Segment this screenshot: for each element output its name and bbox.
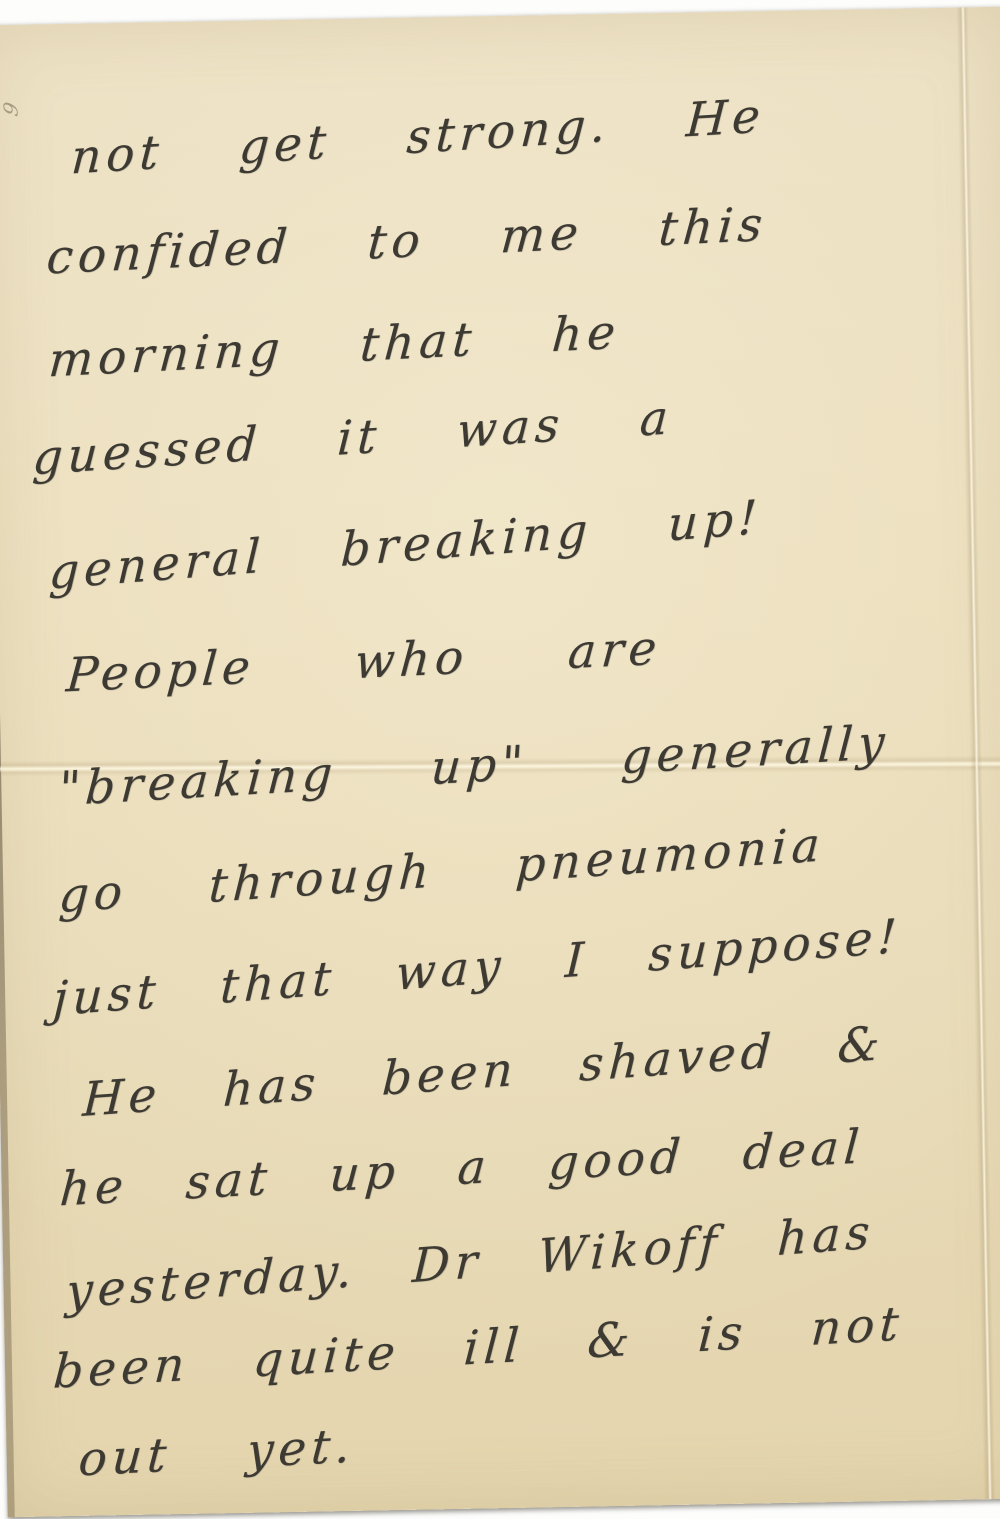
handwriting-line: He has been shaved & — [81, 1016, 886, 1128]
scan-background: 6 not get strong. He confided to me this… — [0, 0, 1000, 1519]
handwriting-line: he sat up a good deal — [58, 1119, 866, 1217]
handwriting-line: go through pneumonia — [57, 817, 826, 924]
handwriting-line: guessed it was a — [31, 390, 674, 486]
vertical-fold-crease — [956, 7, 995, 1499]
handwriting-line: confided to me this — [45, 197, 769, 286]
handwriting-line: People who are — [64, 621, 663, 704]
handwriting-line: general breaking up! — [48, 490, 763, 601]
handwriting-line: been quite ill & is not — [52, 1296, 906, 1400]
pencil-page-number: 6 — [0, 99, 23, 118]
handwriting-line: just that way I suppose! — [52, 909, 903, 1027]
handwriting-line: out yet. — [77, 1418, 357, 1487]
handwriting-line: morning that he — [47, 305, 622, 389]
handwriting-line: yesterday. Dr Wikoff has — [65, 1205, 876, 1320]
handwriting-line: not get strong. He — [69, 88, 766, 185]
handwriting-line: "breaking up" generally — [57, 715, 891, 817]
letter-page: 6 not get strong. He confided to me this… — [0, 7, 1000, 1517]
